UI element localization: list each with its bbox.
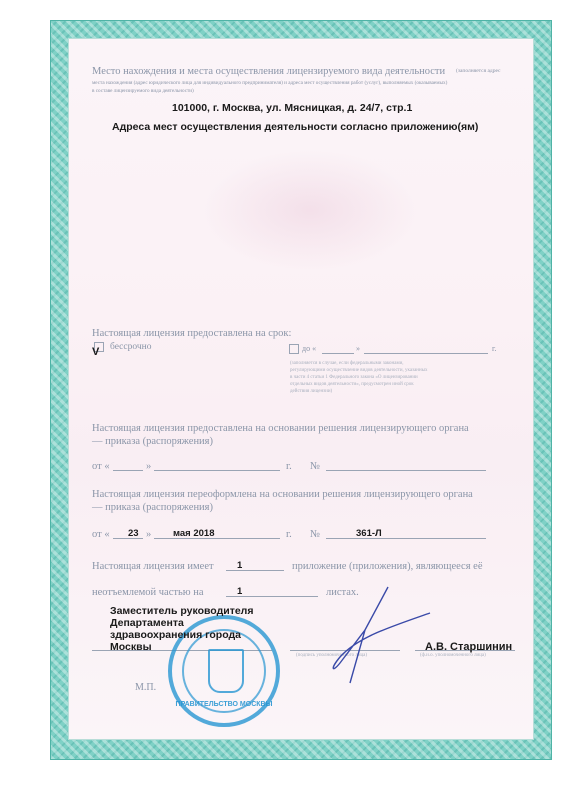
reissued-day: 23 <box>128 528 139 539</box>
reissued-quote: » <box>146 529 151 540</box>
until-note: (заполняется в случае, если федеральными… <box>290 360 430 395</box>
until-label: до « <box>302 344 316 353</box>
granted-month-line <box>154 470 280 471</box>
until-checkbox[interactable] <box>289 344 299 354</box>
signature <box>310 585 440 685</box>
place-heading-note: (заполняется адрес <box>456 68 500 74</box>
coat-of-arms-icon <box>208 649 244 693</box>
granted-day-line <box>113 470 143 471</box>
appendix-text1-suffix: приложение (приложения), являющееся её <box>292 561 483 572</box>
granted-text2: — приказа (распоряжения) <box>92 436 213 447</box>
appendix-count: 1 <box>237 560 242 571</box>
reissued-number-line <box>326 538 486 539</box>
unlimited-check-mark: V <box>92 346 99 358</box>
granted-year-suffix: г. <box>286 461 292 472</box>
position-line4: Москвы <box>110 641 152 653</box>
seal-text: ПРАВИТЕЛЬСТВО МОСКВЫ <box>172 701 276 708</box>
reissued-year-suffix: г. <box>286 529 292 540</box>
address: 101000, г. Москва, ул. Мясницкая, д. 24/… <box>172 102 412 114</box>
until-suffix: г. <box>492 344 496 353</box>
reissued-month-year: мая 2018 <box>173 528 215 539</box>
position-line3: здравоохранения города <box>110 629 241 641</box>
watermark <box>200 150 420 270</box>
until-month-line <box>364 353 488 354</box>
appendix-text1-prefix: Настоящая лицензия имеет <box>92 561 214 572</box>
granted-number-line <box>326 470 486 471</box>
granted-from-label: от « <box>92 461 110 472</box>
reissued-from-label: от « <box>92 529 110 540</box>
unlimited-label: бессрочно <box>110 342 151 352</box>
position-line2: Департамента <box>110 617 184 629</box>
place-note-line3: в составе лицензируемого вида деятельнос… <box>92 88 194 94</box>
granted-quote: » <box>146 461 151 472</box>
place-note-line2: места нахождения (адрес юридического лиц… <box>92 80 447 86</box>
until-quote: » <box>356 344 360 353</box>
stamp-place: М.П. <box>135 682 156 693</box>
reissued-text2: — приказа (распоряжения) <box>92 502 213 513</box>
until-day-line <box>322 353 354 354</box>
place-heading: Место нахождения и места осуществления л… <box>92 66 445 77</box>
sheets-count: 1 <box>237 586 242 597</box>
granted-number-label: № <box>310 461 320 472</box>
appendix-count-line <box>226 570 284 571</box>
reissued-number-label: № <box>310 529 320 540</box>
term-label: Настоящая лицензия предоставлена на срок… <box>92 328 291 339</box>
granted-text1: Настоящая лицензия предоставлена на осно… <box>92 423 469 434</box>
reissued-number: 361-Л <box>356 528 382 539</box>
addresses-note: Адреса мест осуществления деятельности с… <box>112 121 478 133</box>
position-line1: Заместитель руководителя <box>110 605 253 617</box>
reissued-text1: Настоящая лицензия переоформлена на осно… <box>92 489 473 500</box>
appendix-text2-prefix: неотъемлемой частью на <box>92 587 203 598</box>
